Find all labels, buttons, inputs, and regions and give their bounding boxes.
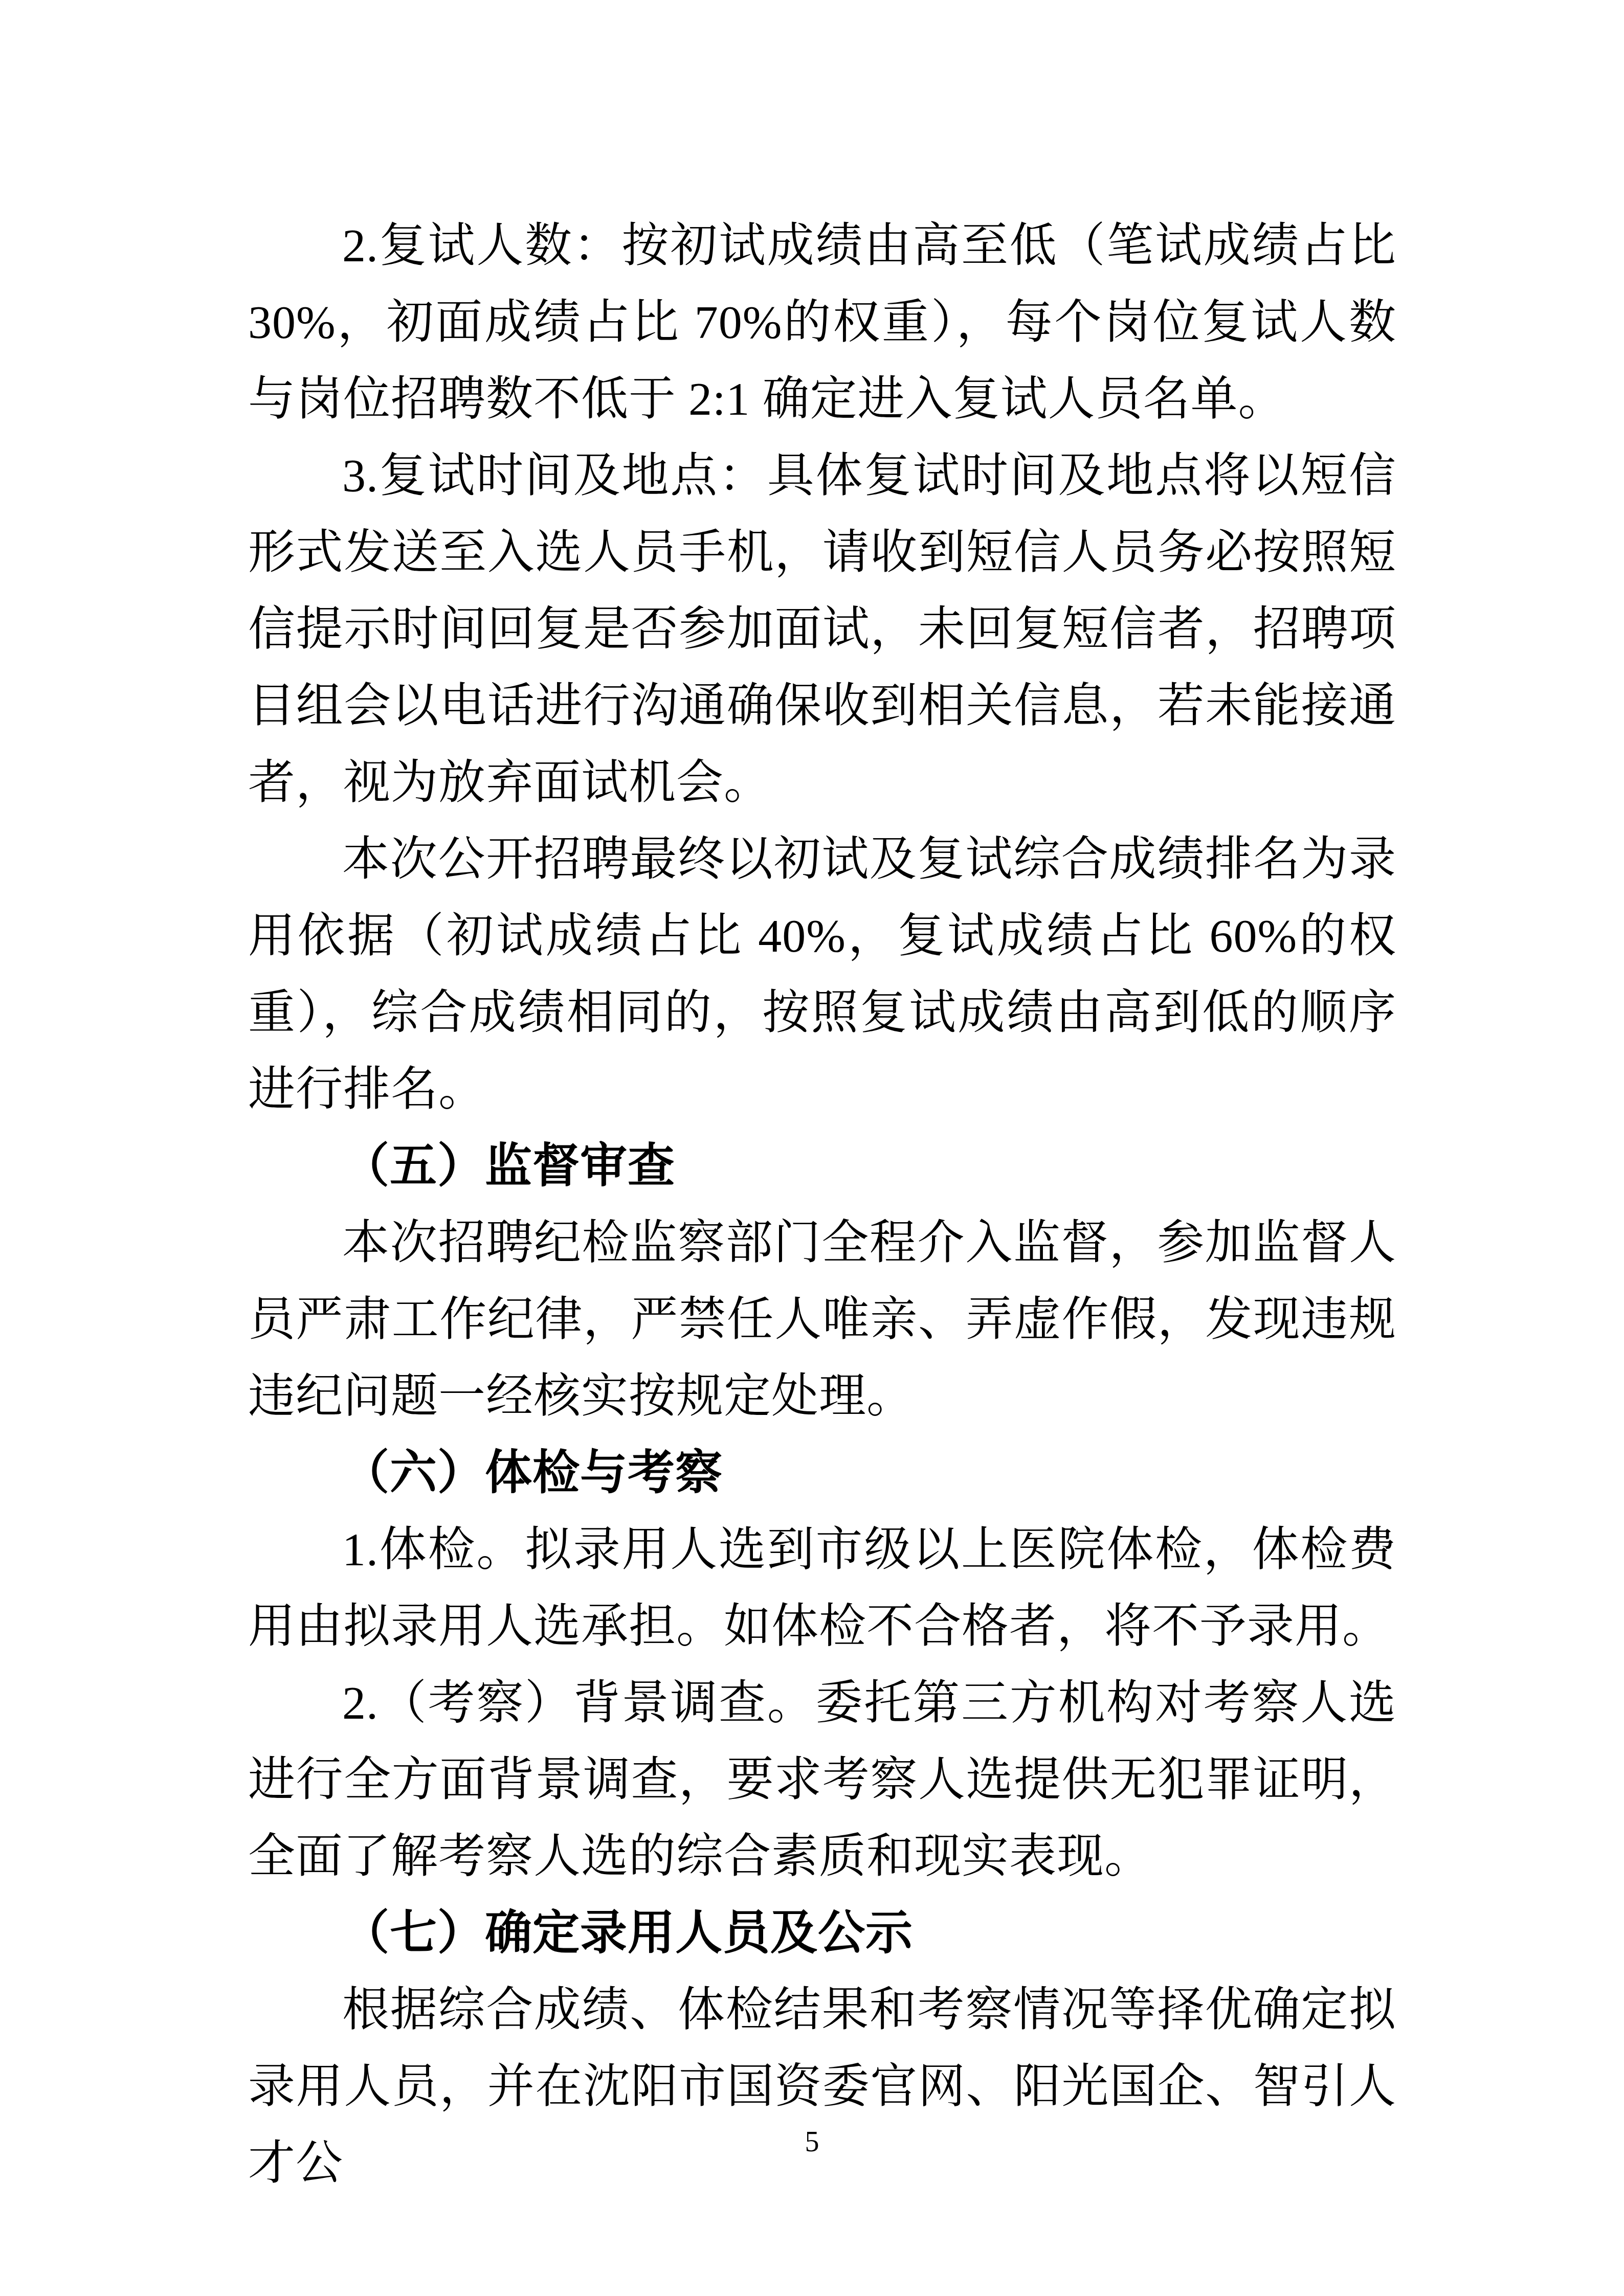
paragraph-final-score-rule: 本次公开招聘最终以初试及复试综合成绩排名为录用依据（初试成绩占比 40%，复试成… — [248, 821, 1396, 1128]
paragraph-interview-count: 2.复试人数：按初试成绩由高至低（笔试成绩占比 30%，初面成绩占比 70%的权… — [248, 207, 1396, 437]
paragraph-interview-time-place: 3.复试时间及地点：具体复试时间及地点将以短信形式发送至入选人员手机，请收到短信… — [248, 437, 1396, 821]
section-heading-supervision: （五）监督审查 — [248, 1128, 1396, 1204]
paragraph-hiring-decision: 根据综合成绩、体检结果和考察情况等择优确定拟录用人员，并在沈阳市国资委官网、阳光… — [248, 1971, 1396, 2201]
document-page: 2.复试人数：按初试成绩由高至低（笔试成绩占比 30%，初面成绩占比 70%的权… — [0, 0, 1624, 2296]
paragraph-physical-exam: 1.体检。拟录用人选到市级以上医院体检，体检费用由拟录用人选承担。如体检不合格者… — [248, 1511, 1396, 1664]
section-heading-physical-exam: （六）体检与考察 — [248, 1434, 1396, 1511]
page-number: 5 — [0, 2126, 1624, 2158]
paragraph-supervision-detail: 本次招聘纪检监察部门全程介入监督，参加监督人员严肃工作纪律，严禁任人唯亲、弄虚作… — [248, 1204, 1396, 1434]
paragraph-background-check: 2.（考察）背景调查。委托第三方机构对考察人选进行全方面背景调查，要求考察人选提… — [248, 1664, 1396, 1895]
document-body: 2.复试人数：按初试成绩由高至低（笔试成绩占比 30%，初面成绩占比 70%的权… — [248, 207, 1396, 2201]
section-heading-hiring-publicity: （七）确定录用人员及公示 — [248, 1895, 1396, 1971]
